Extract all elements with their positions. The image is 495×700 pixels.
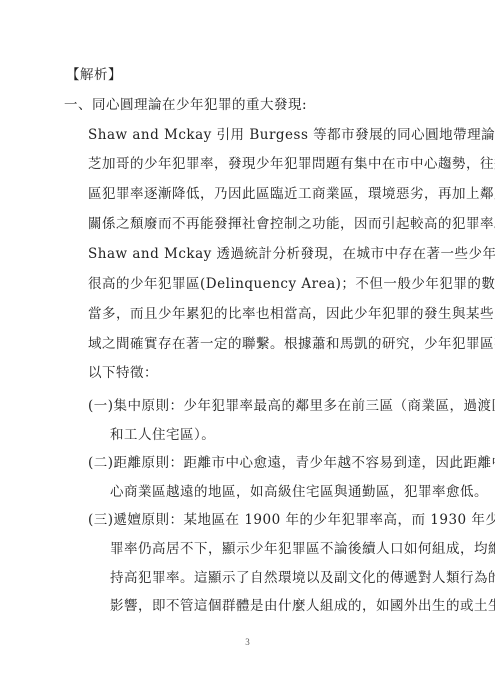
paragraph-1-line: Shaw and Mckay 引用 Burgess 等都市發展的同心圓地帶理論，… [88,126,436,144]
page-number: 3 [0,637,495,647]
paragraph-2-line: Shaw and Mckay 透過統計分析發現，在城市中存在著一些少年犯罪率 [88,245,436,263]
principle-3-line: (三)遞嬗原則：某地區在 1900 年的少年犯罪率高，而 1930 年少年犯 [88,511,436,529]
paragraph-1-line: 區犯罪率逐漸降低，乃因此區臨近工商業區，環境惡劣，再加上鄰居 [88,185,436,203]
principle-3-line: 持高犯罪率。這顯示了自然環境以及副文化的傳遞對人類行為的 [110,569,436,587]
paragraph-2-line: 以下特徵： [88,364,158,382]
principle-3-line: 罪率仍高居不下，顯示少年犯罪區不論後續人口如何組成，均維 [110,540,436,558]
principle-1-line: 和工人住宅區）。 [110,426,215,444]
principle-2-line: 心商業區越遠的地區，如高級住宅區與通勤區，犯罪率愈低。 [110,483,488,501]
document-page: 【解析】 一、同心圓理論在少年犯罪的重大發現: Shaw and Mckay 引… [0,0,495,700]
section-title: 一、同心圓理論在少年犯罪的重大發現: [64,96,307,114]
paragraph-2-line: 很高的少年犯罪區(Delinquency Area)；不但一般少年犯罪的數量相 [88,275,436,293]
principle-1-line: (一)集中原則：少年犯罪率最高的鄰里多在前三區（商業區，過渡區 [88,397,436,415]
principle-3-line: 影響，即不管這個群體是由什麼人組成的，如國外出生的或土生 [110,597,436,615]
paragraph-2-line: 當多，而且少年累犯的比率也相當高，因此少年犯罪的發生與某些區 [88,305,436,323]
paragraph-1-line: 芝加哥的少年犯罪率，發現少年犯罪問題有集中在市中心趨勢，往郊 [88,155,436,173]
principle-2-line: (二)距離原則：距離市中心愈遠，青少年越不容易到達，因此距離中 [88,454,436,472]
paragraph-1-line: 關係之頹廢而不再能發揮社會控制之功能，因而引起較高的犯罪率。 [88,215,436,233]
analysis-heading: 【解析】 [66,66,122,84]
paragraph-2-line: 域之間確實存在著一定的聯繫。根據蕭和馬凱的研究，少年犯罪區有 [88,335,436,353]
